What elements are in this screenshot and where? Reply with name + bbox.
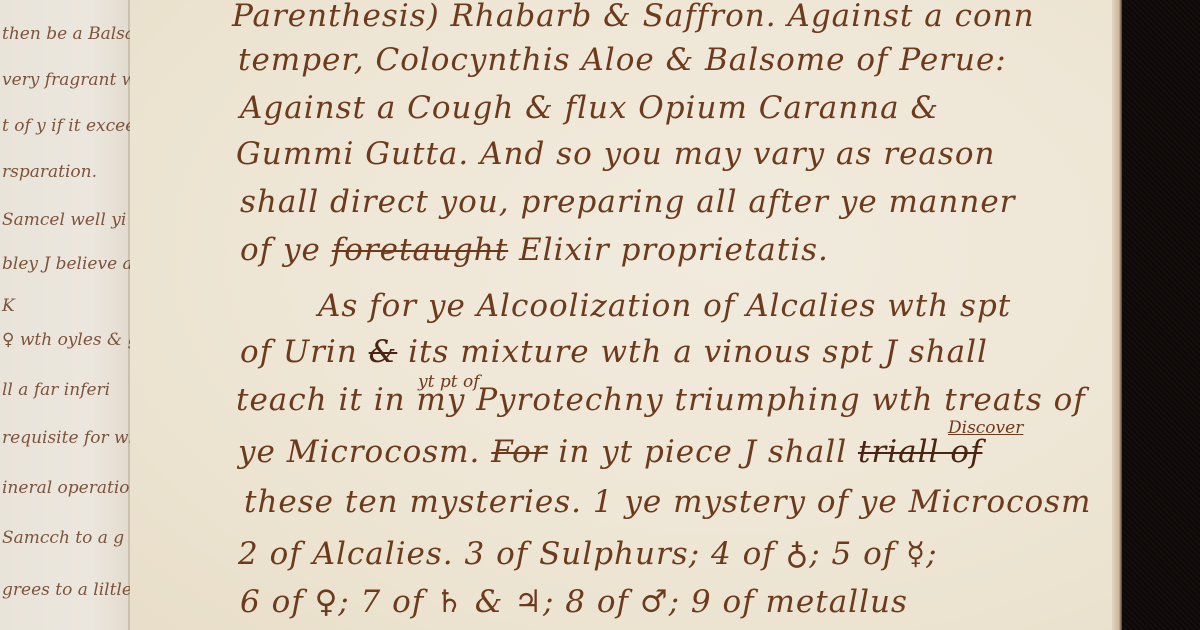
background-cloth	[1122, 0, 1200, 630]
line-6-prefix: of ye	[240, 232, 332, 268]
left-page-line: then be a Balsa	[2, 24, 130, 44]
manuscript-line-11: these ten mysteries. 1 ye mystery of ye …	[244, 484, 1091, 520]
struck-word-for: For	[491, 434, 547, 470]
left-page-line: very fragrant w	[2, 70, 130, 90]
manuscript-line-9: teach it in my Pyrotechny triumphing wth…	[236, 382, 1086, 418]
left-page-line: K	[2, 296, 15, 316]
line-6-suffix: Elixir proprietatis.	[508, 232, 829, 268]
left-page-line: Samcch to a g	[2, 528, 124, 548]
struck-words-triall-of: triall of	[858, 434, 983, 470]
left-page-line: grees to a liltle	[2, 580, 130, 600]
struck-ampersand: &	[369, 334, 398, 370]
line-8-prefix: of Urin	[240, 334, 369, 370]
manuscript-line-8: of Urin & its mixture wth a vinous spt J…	[240, 334, 988, 370]
left-page-line: requisite for wh	[2, 428, 130, 448]
manuscript-line-1: Parenthesis) Rhabarb & Saffron. Against …	[232, 0, 1035, 34]
manuscript-line-10: ye Microcosm. For in yt piece J shall tr…	[238, 434, 982, 470]
left-page-line: ♀ wth oyles & g	[2, 330, 130, 350]
facing-page-left: then be a Balsa very fragrant w t of y i…	[0, 0, 130, 630]
struck-word-foretaught: foretaught	[332, 232, 508, 268]
manuscript-line-7: As for ye Alcoolization of Alcalies wth …	[318, 288, 1011, 324]
manuscript-line-5: shall direct you, preparing all after ye…	[240, 184, 1016, 220]
left-page-line: rsparation.	[2, 162, 97, 182]
line-8-suffix: its mixture wth a vinous spt J shall	[397, 334, 988, 370]
left-page-line: bley J believe a	[2, 254, 130, 274]
manuscript-line-13: 6 of ♀; 7 of ♄ & ♃; 8 of ♂; 9 of metallu…	[240, 584, 908, 620]
manuscript-line-3: Against a Cough & flux Opium Caranna &	[240, 90, 939, 126]
manuscript-line-12: 2 of Alcalies. 3 of Sulphurs; 4 of ♁; 5 …	[238, 536, 938, 572]
left-page-line: ineral operation	[2, 478, 130, 498]
left-page-line: Samcel well yi	[2, 210, 126, 230]
left-page-line: t of y if it excee	[2, 116, 130, 136]
line-10-suffix: in yt piece J shall	[548, 434, 858, 470]
line-10-prefix: ye Microcosm.	[238, 434, 491, 470]
left-page-line: ll a far inferi	[2, 380, 110, 400]
manuscript-line-2: temper, Colocynthis Aloe & Balsome of Pe…	[238, 42, 1007, 78]
manuscript-line-4: Gummi Gutta. And so you may vary as reas…	[236, 136, 995, 172]
page-edge	[1112, 0, 1122, 630]
manuscript-line-6: of ye foretaught Elixir proprietatis.	[240, 232, 829, 268]
